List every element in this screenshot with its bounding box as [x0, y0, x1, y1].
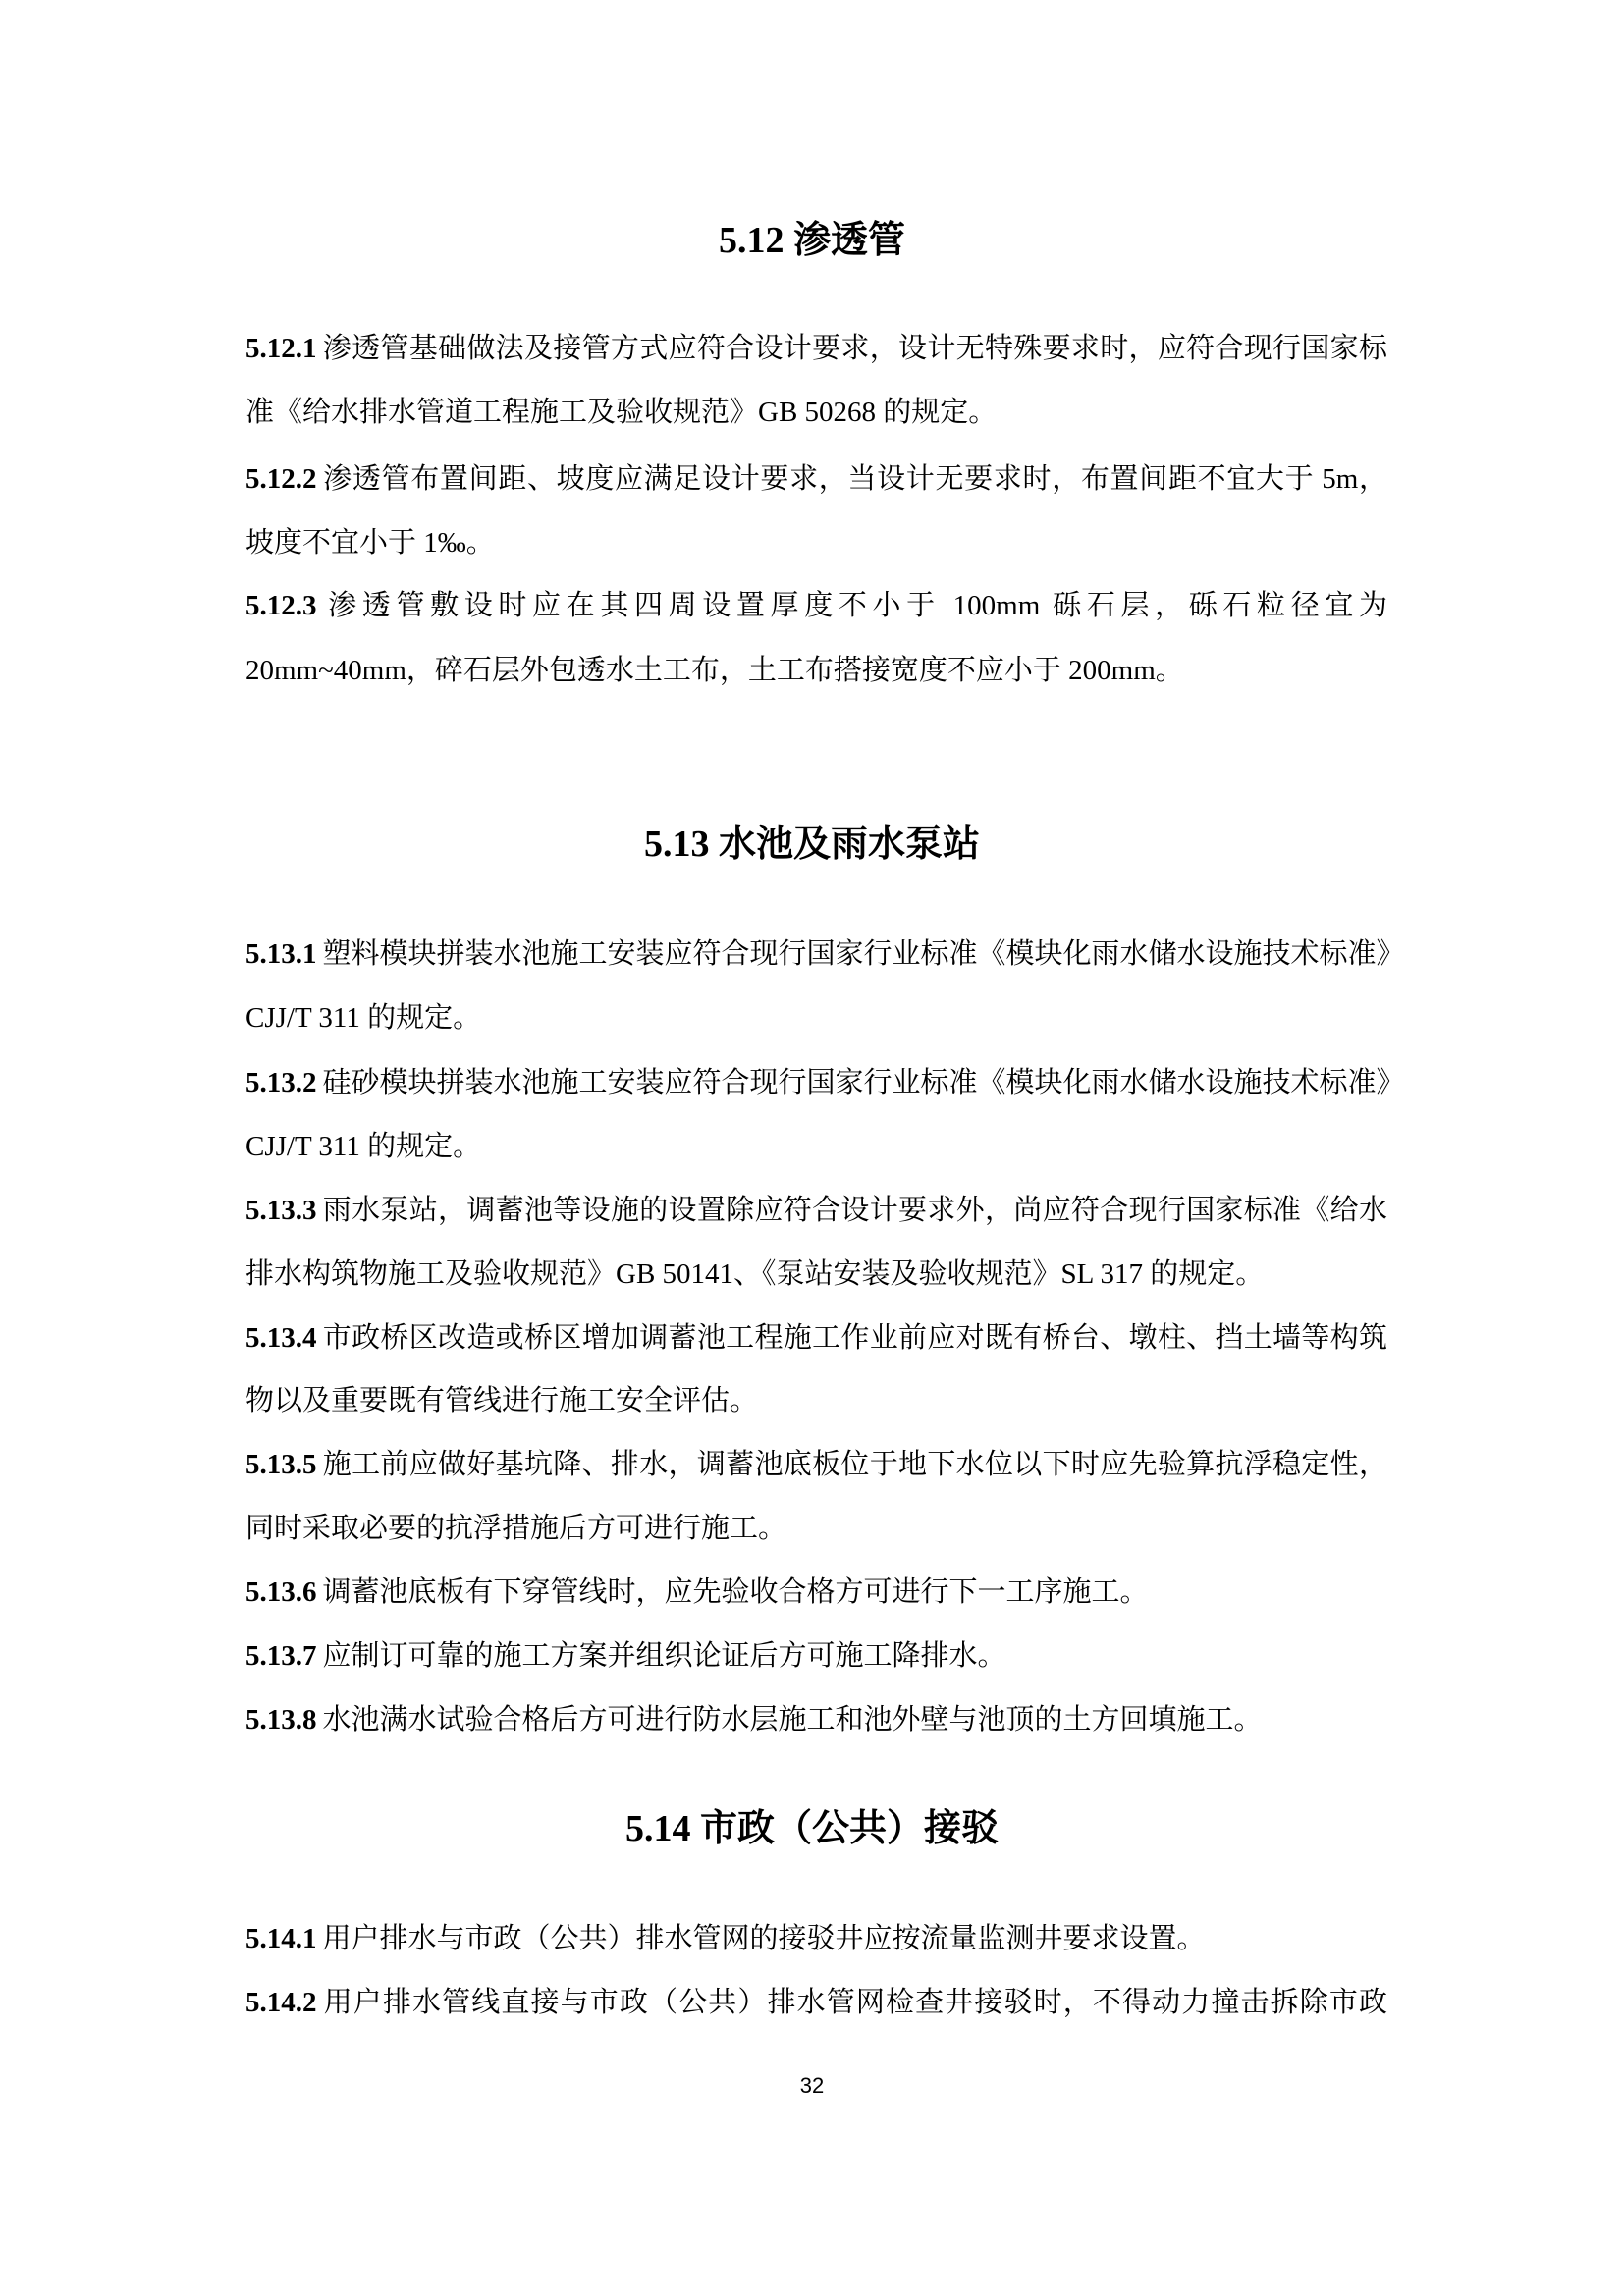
page-number: 32 [0, 2071, 1624, 2101]
clause-5-12-2-line-1: 5.12.2渗透管布置间距、坡度应满足设计要求，当设计无要求时，布置间距不宜大于… [245, 459, 1387, 499]
clause-text: 渗透管敷设时应在其四周设置厚度不小于 100mm 砾石层，砾石粒径宜为 [323, 590, 1388, 621]
clause-5-13-2-line-2: CJJ/T 311 的规定。 [245, 1127, 1387, 1166]
clause-5-13-2-line-1: 5.13.2硅砂模块拼装水池施工安装应符合现行国家行业标准《模块化雨水储水设施技… [245, 1063, 1387, 1102]
clause-text: 渗透管布置间距、坡度应满足设计要求，当设计无要求时，布置间距不宜大于 5m， [323, 463, 1388, 495]
clause-5-13-4-line-2: 物以及重要既有管线进行施工安全评估。 [245, 1381, 1387, 1420]
section-title-5-13: 5.13 水池及雨水泵站 [0, 823, 1624, 866]
clause-number: 5.14.1 [245, 1923, 317, 1954]
clause-number: 5.13.2 [245, 1067, 317, 1098]
clause-5-13-5-line-2: 同时采取必要的抗浮措施后方可进行施工。 [245, 1509, 1387, 1548]
clause-5-12-1-line-2: 准《给水排水管道工程施工及验收规范》GB 50268 的规定。 [245, 393, 1387, 432]
clause-5-13-3-line-1: 5.13.3雨水泵站，调蓄池等设施的设置除应符合设计要求外，尚应符合现行国家标准… [245, 1191, 1387, 1230]
clause-5-13-7: 5.13.7应制订可靠的施工方案并组织论证后方可施工降排水。 [245, 1636, 1387, 1676]
clause-number: 5.13.3 [245, 1195, 317, 1226]
clause-5-13-5-line-1: 5.13.5施工前应做好基坑降、排水，调蓄池底板位于地下水位以下时应先验算抗浮稳… [245, 1445, 1387, 1484]
clause-5-14-1: 5.14.1用户排水与市政（公共）排水管网的接驳井应按流量监测井要求设置。 [245, 1919, 1387, 1958]
clause-5-12-3-line-1: 5.12.3渗透管敷设时应在其四周设置厚度不小于 100mm 砾石层，砾石粒径宜… [245, 586, 1387, 625]
clause-text: 渗透管基础做法及接管方式应符合设计要求，设计无特殊要求时，应符合现行国家标 [323, 333, 1388, 364]
clause-text: 施工前应做好基坑降、排水，调蓄池底板位于地下水位以下时应先验算抗浮稳定性， [323, 1449, 1388, 1480]
clause-5-12-2-line-2: 坡度不宜小于 1‰。 [245, 523, 1387, 562]
clause-text: 用户排水管线直接与市政（公共）排水管网检查井接驳时，不得动力撞击拆除市政 [323, 1987, 1388, 2018]
clause-5-12-1-line-1: 5.12.1渗透管基础做法及接管方式应符合设计要求，设计无特殊要求时，应符合现行… [245, 329, 1387, 368]
clause-5-12-3-line-2: 20mm~40mm，碎石层外包透水土工布，土工布搭接宽度不应小于 200mm。 [245, 651, 1387, 690]
clause-number: 5.13.5 [245, 1449, 317, 1480]
clause-text: 调蓄池底板有下穿管线时，应先验收合格方可进行下一工序施工。 [323, 1576, 1149, 1608]
clause-5-14-2-line-1: 5.14.2用户排水管线直接与市政（公共）排水管网检查井接驳时，不得动力撞击拆除… [245, 1983, 1387, 2022]
clause-text: 市政桥区改造或桥区增加调蓄池工程施工作业前应对既有桥台、墩柱、挡土墙等构筑 [323, 1322, 1388, 1354]
clause-number: 5.13.7 [245, 1640, 317, 1672]
clause-number: 5.12.3 [245, 590, 317, 621]
clause-text: 水池满水试验合格后方可进行防水层施工和池外壁与池顶的土方回填施工。 [323, 1704, 1263, 1735]
clause-5-13-8: 5.13.8水池满水试验合格后方可进行防水层施工和池外壁与池顶的土方回填施工。 [245, 1700, 1387, 1739]
clause-text: 雨水泵站，调蓄池等设施的设置除应符合设计要求外，尚应符合现行国家标准《给水 [323, 1195, 1388, 1226]
clause-5-13-1-line-1: 5.13.1塑料模块拼装水池施工安装应符合现行国家行业标准《模块化雨水储水设施技… [245, 934, 1387, 974]
clause-number: 5.13.4 [245, 1322, 317, 1354]
section-title-5-14: 5.14 市政（公共）接驳 [0, 1807, 1624, 1850]
clause-text: 用户排水与市政（公共）排水管网的接驳井应按流量监测井要求设置。 [323, 1923, 1206, 1954]
clause-5-13-6: 5.13.6调蓄池底板有下穿管线时，应先验收合格方可进行下一工序施工。 [245, 1573, 1387, 1612]
document-page: 5.12 渗透管 5.12.1渗透管基础做法及接管方式应符合设计要求，设计无特殊… [0, 0, 1624, 2296]
clause-text: 硅砂模块拼装水池施工安装应符合现行国家行业标准《模块化雨水储水设施技术标准》 [323, 1067, 1405, 1098]
clause-number: 5.13.8 [245, 1704, 317, 1735]
clause-number: 5.13.1 [245, 938, 317, 970]
clause-5-13-3-line-2: 排水构筑物施工及验收规范》GB 50141、《泵站安装及验收规范》SL 317 … [245, 1255, 1387, 1294]
clause-number: 5.12.1 [245, 333, 317, 364]
clause-text: 应制订可靠的施工方案并组织论证后方可施工降排水。 [323, 1640, 1006, 1672]
clause-5-13-4-line-1: 5.13.4市政桥区改造或桥区增加调蓄池工程施工作业前应对既有桥台、墩柱、挡土墙… [245, 1318, 1387, 1358]
clause-number: 5.12.2 [245, 463, 317, 495]
clause-number: 5.14.2 [245, 1987, 317, 2018]
clause-5-13-1-line-2: CJJ/T 311 的规定。 [245, 998, 1387, 1038]
section-title-5-12: 5.12 渗透管 [0, 219, 1624, 262]
clause-text: 塑料模块拼装水池施工安装应符合现行国家行业标准《模块化雨水储水设施技术标准》 [323, 938, 1405, 970]
clause-number: 5.13.6 [245, 1576, 317, 1608]
